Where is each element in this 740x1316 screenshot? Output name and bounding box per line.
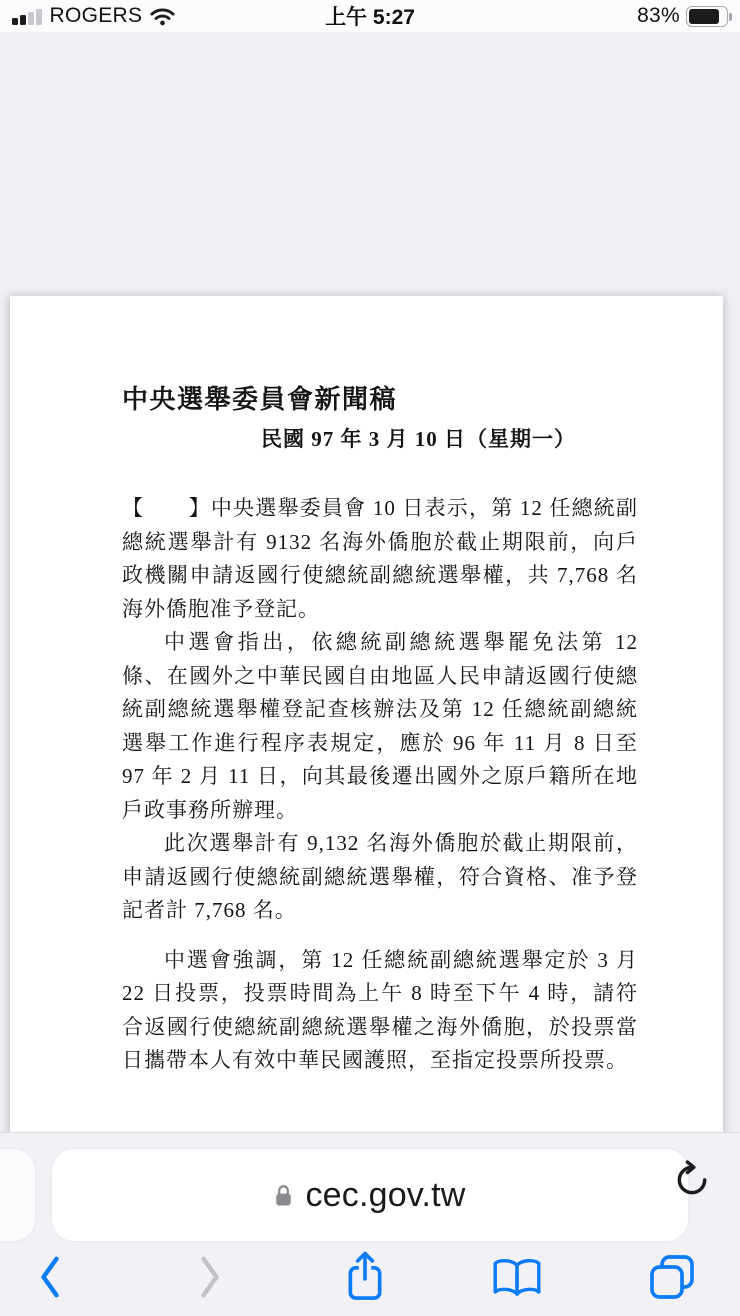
book-icon	[489, 1254, 545, 1300]
status-bar: ROGERS 上午 5:27 83%	[0, 0, 740, 33]
share-icon	[343, 1249, 387, 1305]
wifi-icon	[150, 7, 175, 26]
chevron-back-icon	[37, 1254, 63, 1300]
share-button[interactable]	[335, 1247, 395, 1307]
cellular-signal-icon	[12, 8, 42, 25]
iphone-screen: ROGERS 上午 5:27 83% 中央選舉委員會新聞稿 民國 97 年 3 …	[0, 0, 740, 1316]
document-title: 中央選舉委員會新聞稿	[122, 380, 638, 420]
adjacent-tab-sliver[interactable]	[0, 1149, 35, 1241]
document-body: 【 】中央選舉委員會 10 日表示，第 12 任總統副總統選舉計有 9132 名…	[122, 492, 638, 1078]
reload-icon	[672, 1160, 712, 1200]
battery-icon	[686, 6, 728, 27]
tabs-icon	[647, 1252, 697, 1302]
document-date-line: 民國 97 年 3 月 10 日（星期一）	[122, 424, 638, 454]
document-paragraph: 中選會指出，依總統副總統選舉罷免法第 12 條、在國外之中華民國自由地區人民申請…	[122, 626, 638, 827]
bookmarks-button[interactable]	[487, 1247, 547, 1307]
back-button[interactable]	[20, 1247, 80, 1307]
safari-bottom-bar: cec.gov.tw	[0, 1132, 740, 1316]
document-page: 中央選舉委員會新聞稿 民國 97 年 3 月 10 日（星期一） 【 】中央選舉…	[10, 296, 723, 1132]
safari-toolbar	[0, 1241, 740, 1316]
address-bar[interactable]: cec.gov.tw	[52, 1149, 688, 1241]
pdf-viewer-scroll-area[interactable]: 中央選舉委員會新聞稿 民國 97 年 3 月 10 日（星期一） 【 】中央選舉…	[0, 33, 740, 1132]
document-paragraph: 中選會強調，第 12 任總統副總統選舉定於 3 月 22 日投票，投票時間為上午…	[122, 944, 638, 1078]
forward-button[interactable]	[180, 1247, 240, 1307]
document-paragraph: 【 】中央選舉委員會 10 日表示，第 12 任總統副總統選舉計有 9132 名…	[122, 492, 638, 626]
url-text: cec.gov.tw	[305, 1176, 465, 1215]
tabs-button[interactable]	[642, 1247, 702, 1307]
reload-button[interactable]	[670, 1158, 714, 1202]
carrier-label: ROGERS	[50, 4, 143, 28]
lock-icon	[274, 1183, 293, 1208]
battery-percent-label: 83%	[637, 4, 680, 28]
document-paragraph: 此次選舉計有 9,132 名海外僑胞於截止期限前，申請返國行使總統副總統選舉權，…	[122, 827, 638, 928]
chevron-forward-icon	[197, 1254, 223, 1300]
